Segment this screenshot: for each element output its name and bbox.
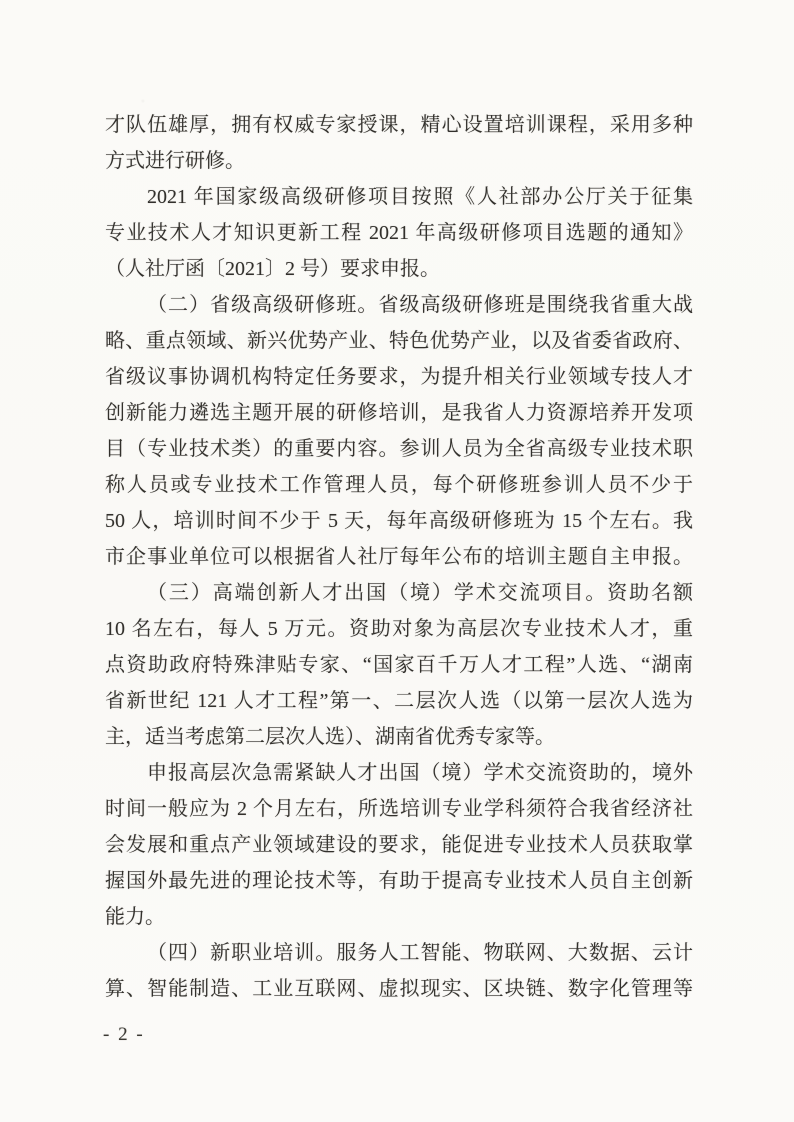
text-line: 申报高层次急需紧缺人才出国（境）学术交流资助的，境外 — [105, 755, 693, 791]
document-body: 才队伍雄厚，拥有权威专家授课，精心设置培训课程，采用多种方式进行研修。2021 … — [105, 107, 693, 1007]
page-number: - 2 - — [103, 1022, 145, 1048]
text-line: （人社厅函〔2021〕2 号）要求申报。 — [105, 251, 693, 287]
text-line: 专业技术人才知识更新工程 2021 年高级研修项目选题的通知》 — [105, 215, 693, 251]
text-line: （二）省级高级研修班。省级高级研修班是围绕我省重大战 — [105, 287, 693, 323]
text-lines-container: 才队伍雄厚，拥有权威专家授课，精心设置培训课程，采用多种方式进行研修。2021 … — [105, 107, 693, 1007]
text-line: 主，适当考虑第二层次人选）、湖南省优秀专家等。 — [105, 719, 693, 755]
text-line: 略、重点领域、新兴优势产业、特色优势产业，以及省委省政府、 — [105, 323, 693, 359]
text-line: 目（专业技术类）的重要内容。参训人员为全省高级专业技术职 — [105, 431, 693, 467]
text-line: 市企事业单位可以根据省人社厅每年公布的培训主题自主申报。 — [105, 539, 693, 575]
text-line: 称人员或专业技术工作管理人员，每个研修班参训人员不少于 — [105, 467, 693, 503]
text-line: 方式进行研修。 — [105, 143, 693, 179]
text-line: 算、智能制造、工业互联网、虚拟现实、区块链、数字化管理等 — [105, 971, 693, 1007]
text-line: 50 人，培训时间不少于 5 天，每年高级研修班为 15 个左右。我 — [105, 503, 693, 539]
text-line: 时间一般应为 2 个月左右，所选培训专业学科须符合我省经济社 — [105, 791, 693, 827]
text-line: 握国外最先进的理论技术等，有助于提高专业技术人员自主创新 — [105, 863, 693, 899]
text-line: 能力。 — [105, 899, 693, 935]
text-line: 才队伍雄厚，拥有权威专家授课，精心设置培训课程，采用多种 — [105, 107, 693, 143]
text-line: 点资助政府特殊津贴专家、“国家百千万人才工程”人选、“湖南 — [105, 647, 693, 683]
text-line: 2021 年国家级高级研修项目按照《人社部办公厅关于征集 — [105, 179, 693, 215]
text-line: （四）新职业培训。服务人工智能、物联网、大数据、云计 — [105, 935, 693, 971]
text-line: （三）高端创新人才出国（境）学术交流项目。资助名额 — [105, 575, 693, 611]
text-line: 创新能力遴选主题开展的研修培训，是我省人力资源培养开发项 — [105, 395, 693, 431]
text-line: 省级议事协调机构特定任务要求，为提升相关行业领域专技人才 — [105, 359, 693, 395]
text-line: 省新世纪 121 人才工程”第一、二层次人选（以第一层次人选为 — [105, 683, 693, 719]
text-line: 会发展和重点产业领域建设的要求，能促进专业技术人员获取掌 — [105, 827, 693, 863]
text-line: 10 名左右，每人 5 万元。资助对象为高层次专业技术人才，重 — [105, 611, 693, 647]
